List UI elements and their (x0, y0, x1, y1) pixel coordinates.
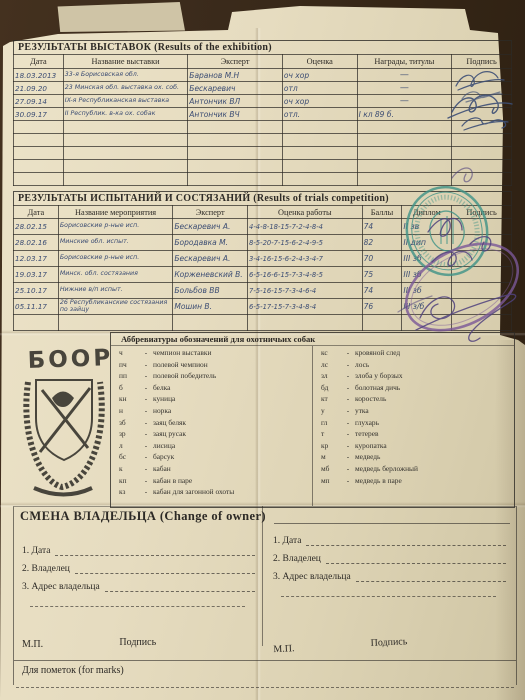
blank-fill-line (281, 582, 496, 597)
table-row: 30.09.17II Республик. в-ка ох. собакАнто… (14, 108, 512, 121)
table-cell: 33-я Борисовская обл. (63, 69, 188, 82)
exhibitions-section: РЕЗУЛЬТАТЫ ВЫСТАВОК (Results of the exhi… (13, 40, 512, 186)
abbreviation-meaning: кабан в паре (153, 475, 308, 487)
abbreviation: зр (119, 428, 139, 440)
abbreviations-left-column: ч-чемпион выставкипч-полевой чемпионпп-п… (111, 346, 313, 506)
table-cell (452, 160, 512, 173)
notes-section: Для пометок (for marks) (16, 661, 514, 688)
abbreviation-row: н-норка (119, 405, 308, 417)
owner-change-columns: 1. Дата2. Владелец3. Адрес владельца 1. … (14, 524, 516, 616)
owner-field-label: 1. Дата (22, 546, 50, 556)
abbreviation-row: мп-медведь в паре (321, 475, 510, 487)
table-cell: 23 Минская обл. выставка ох. соб. (63, 82, 188, 95)
dash: - (139, 475, 153, 487)
dash: - (139, 417, 153, 429)
abbreviation: кс (321, 347, 341, 359)
table-cell: 28.02.16 (14, 235, 59, 251)
table-cell (14, 147, 64, 160)
abbreviation: кт (321, 393, 341, 405)
blank-fill-line (105, 579, 255, 592)
abbreviation-meaning: медведь в паре (355, 475, 510, 487)
abbreviation-meaning: норка (153, 405, 308, 417)
table-cell: Баранов М.Н (188, 69, 283, 82)
trials-section: РЕЗУЛЬТАТЫ ИСПЫТАНИЙ И СОСТЯЗАНИЙ (Resul… (13, 191, 512, 331)
table-cell: 82 (362, 235, 402, 251)
dash: - (139, 428, 153, 440)
trials-table: ДатаНазвание мероприятияЭкспертОценка ра… (13, 205, 512, 331)
signature-label: Подпись (119, 637, 156, 648)
table-cell: Минск. обл. состязания (58, 267, 173, 283)
table-cell: 26 Республиканские состязания по зайцу (58, 299, 173, 315)
table-cell (248, 315, 363, 331)
owner-change-header: СМЕНА ВЛАДЕЛЬЦА (Change of owner) (14, 507, 516, 524)
abbreviations-section: Аббревиатуры обозначений для охотничьих … (110, 332, 515, 508)
table-cell (63, 160, 188, 173)
column-header: Оценка работы (248, 206, 363, 219)
abbreviation-row: зр-заяц русак (119, 428, 308, 440)
table-cell (63, 147, 188, 160)
table-cell (58, 315, 173, 331)
abbreviations-right-column: кс-кровяной следлс-лосьзл-злоба у борзых… (313, 346, 514, 506)
abbreviation: м (321, 451, 341, 463)
table-cell (14, 173, 64, 186)
table-cell: Корженевский В. (173, 267, 248, 283)
table-cell (188, 147, 283, 160)
mp-label: М.П. (273, 643, 295, 655)
table-cell: 18.03.2013 (14, 69, 64, 82)
dash: - (341, 440, 355, 452)
table-cell: Бескаревич (188, 82, 283, 95)
abbreviation: б (119, 382, 139, 394)
blank-fill-line (30, 592, 245, 607)
owner-field-line: 2. Владелец (22, 556, 255, 574)
owner-field-line: 1. Дата (22, 538, 255, 556)
table-cell (452, 69, 512, 82)
table-cell: III зб (402, 283, 452, 299)
abbreviation-meaning: медведь (355, 451, 510, 463)
abbreviation-row: лс-лось (321, 359, 510, 371)
abbreviation-row: гл-глухарь (321, 417, 510, 429)
abbreviation-row: кп-кабан в паре (119, 475, 308, 487)
dash: - (341, 428, 355, 440)
owner-field-label: 3. Адрес владельца (273, 572, 351, 582)
abbreviation: л (119, 440, 139, 452)
dash: - (139, 347, 153, 359)
table-cell: 19.03.17 (14, 267, 59, 283)
abbreviation-row: бс-барсук (119, 451, 308, 463)
dash: - (139, 486, 153, 498)
table-cell: отл. (282, 108, 357, 121)
table-cell: Бородавка М. (173, 235, 248, 251)
torn-paper-sliver (55, 2, 185, 32)
abbreviation-row: кс-кровяной след (321, 347, 510, 359)
owner-field-label: 2. Владелец (273, 554, 321, 564)
column-header: Подпись (452, 206, 512, 219)
table-row: 27.09.14IX-я Республиканская выставкаАнт… (14, 95, 512, 108)
table-cell: 74 (362, 219, 402, 235)
table-cell (452, 219, 512, 235)
table-cell (452, 121, 512, 134)
table-cell: оч хор (282, 95, 357, 108)
abbreviation-meaning: медведь берложный (355, 463, 510, 475)
table-cell (452, 251, 512, 267)
abbreviations-columns: ч-чемпион выставкипч-полевой чемпионпп-п… (111, 346, 514, 506)
table-cell: Мошин В. (173, 299, 248, 315)
dash: - (139, 393, 153, 405)
empty-table-row (14, 134, 512, 147)
abbreviation-meaning: кровяной след (355, 347, 510, 359)
column-header: Награды, титулы (357, 55, 452, 69)
abbreviations-title: Аббревиатуры обозначений для охотничьих … (111, 333, 514, 346)
dash: - (341, 417, 355, 429)
dash: - (341, 475, 355, 487)
table-cell: 4-4-8-18-15-7-2-4-8-4 (248, 219, 363, 235)
abbreviation-meaning: заяц беляк (153, 417, 308, 429)
table-cell (14, 160, 64, 173)
table-cell: III з/б (402, 299, 452, 315)
table-cell: 70 (362, 251, 402, 267)
table-row: 28.02.15Борисовские р-ные исп.Бескаревич… (14, 219, 512, 235)
abbreviation-row: л-лисица (119, 440, 308, 452)
abbreviation: т (321, 428, 341, 440)
table-cell (282, 160, 357, 173)
owner-change-section: СМЕНА ВЛАДЕЛЬЦА (Change of owner) 1. Дат… (13, 506, 517, 685)
column-header: Название выставки (63, 55, 188, 69)
abbreviation-row: м-медведь (321, 451, 510, 463)
blank-fill-line (55, 543, 255, 556)
table-cell: II зв (402, 219, 452, 235)
table-cell: III зб (402, 251, 452, 267)
photo-of-document: РЕЗУЛЬТАТЫ ВЫСТАВОК (Results of the exhi… (0, 0, 525, 700)
abbreviation-meaning: лисица (153, 440, 308, 452)
table-row: 12.03.17Борисовские р-ные исп.Бескаревич… (14, 251, 512, 267)
dash: - (139, 359, 153, 371)
table-cell (452, 82, 512, 95)
owner-field-label: 2. Владелец (22, 564, 70, 574)
table-cell (188, 160, 283, 173)
abbreviation-row: к-кабан (119, 463, 308, 475)
owner-field-line: 3. Адрес владельца (22, 574, 255, 592)
abbreviation: кз (119, 486, 139, 498)
dash: - (341, 451, 355, 463)
empty-table-row (14, 315, 512, 331)
table-cell: Антончик ВЧ (188, 108, 283, 121)
dash: - (341, 382, 355, 394)
abbreviation-meaning: чемпион выставки (153, 347, 308, 359)
dash: - (341, 405, 355, 417)
table-cell: отл (282, 82, 357, 95)
abbreviation: бс (119, 451, 139, 463)
abbreviation: мп (321, 475, 341, 487)
empty-table-row (14, 147, 512, 160)
table-cell (14, 121, 64, 134)
table-cell: Антончик ВЛ (188, 95, 283, 108)
column-header: Дата (14, 206, 59, 219)
abbreviation-meaning: кабан (153, 463, 308, 475)
table-cell: 8-5-20-7-15-6-2-4-9-5 (248, 235, 363, 251)
table-cell (452, 315, 512, 331)
table-cell: 05.11.17 (14, 299, 59, 315)
table-cell (63, 173, 188, 186)
table-cell: 25.10.17 (14, 283, 59, 299)
table-cell: 30.09.17 (14, 108, 64, 121)
exhibitions-table: ДатаНазвание выставкиЭкспертОценкаНаград… (13, 54, 512, 186)
owner-field-line: 1. Дата (273, 528, 506, 546)
abbreviation: зб (119, 417, 139, 429)
abbreviation: гл (321, 417, 341, 429)
table-cell (452, 108, 512, 121)
table-cell (173, 315, 248, 331)
table-cell (282, 147, 357, 160)
table-cell (452, 173, 512, 186)
table-cell: — (357, 95, 452, 108)
blank-fill-line (356, 569, 506, 582)
table-cell (282, 134, 357, 147)
abbreviation-meaning: полевой победитель (153, 370, 308, 382)
dash: - (341, 463, 355, 475)
notes-title: Для пометок (for marks) (22, 665, 124, 676)
table-cell: Бескаревич А. (173, 219, 248, 235)
abbreviation-row: бд-болотная дичь (321, 382, 510, 394)
empty-table-row (14, 173, 512, 186)
abbreviation-row: мб-медведь берложный (321, 463, 510, 475)
table-cell: 6-5-16-6-15-7-3-4-8-5 (248, 267, 363, 283)
owner-field-label: 1. Дата (273, 536, 301, 546)
column-header: Подпись (452, 55, 512, 69)
abbreviation-row: кн-куница (119, 393, 308, 405)
column-header: Диплом (402, 206, 452, 219)
table-cell: I кл 89 б. (357, 108, 452, 121)
blank-fill-line (306, 533, 506, 546)
abbreviation-row: зб-заяц беляк (119, 417, 308, 429)
abbreviation-row: у-утка (321, 405, 510, 417)
abbreviation-row: т-тетерев (321, 428, 510, 440)
dash: - (341, 347, 355, 359)
abbreviation: кп (119, 475, 139, 487)
table-row: 05.11.1726 Республиканские состязания по… (14, 299, 512, 315)
abbreviation: у (321, 405, 341, 417)
table-cell: 12.03.17 (14, 251, 59, 267)
owner-field-line: 2. Владелец (273, 546, 506, 564)
table-cell: 7-5-16-15-7-3-4-6-4 (248, 283, 363, 299)
table-row: 28.02.16Минские обл. испыт.Бородавка М.8… (14, 235, 512, 251)
abbreviation: н (119, 405, 139, 417)
abbreviation-row: кр-куропатка (321, 440, 510, 452)
stamp-signature-row: М.П. Подпись М.П. Подпись (14, 616, 516, 661)
abbreviation: пч (119, 359, 139, 371)
abbreviation-meaning: барсук (153, 451, 308, 463)
table-cell: оч хор (282, 69, 357, 82)
column-header: Эксперт (173, 206, 248, 219)
table-cell (188, 134, 283, 147)
table-cell: 28.02.15 (14, 219, 59, 235)
table-row: 18.03.201333-я Борисовская обл.Баранов М… (14, 69, 512, 82)
table-cell (188, 121, 283, 134)
abbreviation-meaning: глухарь (355, 417, 510, 429)
table-cell (282, 173, 357, 186)
abbreviation-meaning: болотная дичь (355, 382, 510, 394)
table-cell: 75 (362, 267, 402, 283)
table-cell (402, 315, 452, 331)
table-cell: 6-5-17-15-7-3-4-8-4 (248, 299, 363, 315)
abbreviation: кр (321, 440, 341, 452)
table-cell (188, 173, 283, 186)
dash: - (341, 393, 355, 405)
dash: - (341, 359, 355, 371)
empty-table-row (14, 121, 512, 134)
abbreviation-row: пч-полевой чемпион (119, 359, 308, 371)
column-header: Название мероприятия (58, 206, 173, 219)
owner-change-left-column: 1. Дата2. Владелец3. Адрес владельца (14, 524, 265, 616)
column-header: Дата (14, 55, 64, 69)
table-cell (452, 134, 512, 147)
abbreviation-meaning: тетерев (355, 428, 510, 440)
table-cell: Бескаревич А. (173, 251, 248, 267)
table-cell: III зб (402, 267, 452, 283)
table-cell: 74 (362, 283, 402, 299)
abbreviation-row: кз-кабан для загонной охоты (119, 486, 308, 498)
table-cell: Минские обл. испыт. (58, 235, 173, 251)
abbreviation-row: ч-чемпион выставки (119, 347, 308, 359)
abbreviation-meaning: утка (355, 405, 510, 417)
table-cell: Больбов ВВ (173, 283, 248, 299)
abbreviation-meaning: злоба у борзых (355, 370, 510, 382)
dash: - (139, 451, 153, 463)
dash: - (139, 440, 153, 452)
abbreviation-meaning: куропатка (355, 440, 510, 452)
abbreviation: кн (119, 393, 139, 405)
dash: - (139, 382, 153, 394)
abbreviation: лс (321, 359, 341, 371)
table-cell: Нижние в/п испыт. (58, 283, 173, 299)
dash: - (139, 370, 153, 382)
table-cell: — (357, 82, 452, 95)
abbreviation: мб (321, 463, 341, 475)
abbreviation-row: кт-коростель (321, 393, 510, 405)
table-cell: — (357, 69, 452, 82)
abbreviation: бд (321, 382, 341, 394)
table-cell (362, 315, 402, 331)
abbreviation-meaning: кабан для загонной охоты (153, 486, 308, 498)
abbreviation-meaning: полевой чемпион (153, 359, 308, 371)
table-cell (14, 315, 59, 331)
table-cell: 27.09.14 (14, 95, 64, 108)
abbreviation-row: б-белка (119, 382, 308, 394)
table-cell: 3-4-16-15-6-2-4-3-4-7 (248, 251, 363, 267)
signature-label: Подпись (370, 636, 407, 649)
owner-change-title: СМЕНА ВЛАДЕЛЬЦА (Change of owner) (20, 509, 266, 524)
table-cell (63, 121, 188, 134)
table-cell (452, 95, 512, 108)
abbreviation: пп (119, 370, 139, 382)
table-cell: IX-я Республиканская выставка (63, 95, 188, 108)
table-cell (357, 160, 452, 173)
column-header: Баллы (362, 206, 402, 219)
abbreviation: к (119, 463, 139, 475)
table-cell (452, 299, 512, 315)
dash: - (139, 463, 153, 475)
abbreviation-meaning: коростель (355, 393, 510, 405)
owner-field-label: 3. Адрес владельца (22, 582, 100, 592)
stamp-signature-right: М.П. Подпись (264, 611, 517, 666)
table-row: 19.03.17Минск. обл. состязанияКорженевск… (14, 267, 512, 283)
table-cell (452, 283, 512, 299)
mp-label: М.П. (22, 639, 43, 650)
abbreviation-meaning: лось (355, 359, 510, 371)
table-cell (452, 235, 512, 251)
blank-fill-line (75, 561, 255, 574)
table-cell: Борисовские р-ные исп. (58, 251, 173, 267)
header-rule (274, 510, 510, 524)
column-header: Эксперт (188, 55, 283, 69)
table-cell (357, 134, 452, 147)
dash: - (341, 370, 355, 382)
table-cell: 21.09.20 (14, 82, 64, 95)
abbreviation-meaning: куница (153, 393, 308, 405)
abbreviation: ч (119, 347, 139, 359)
table-row: 25.10.17Нижние в/п испыт.Больбов ВВ7-5-1… (14, 283, 512, 299)
table-cell (282, 121, 357, 134)
table-cell (14, 134, 64, 147)
table-cell: II Республик. в-ка ох. собак (63, 108, 188, 121)
table-cell: 76 (362, 299, 402, 315)
table-cell (357, 121, 452, 134)
exhibitions-title: РЕЗУЛЬТАТЫ ВЫСТАВОК (Results of the exhi… (13, 40, 512, 54)
trials-title: РЕЗУЛЬТАТЫ ИСПЫТАНИЙ И СОСТЯЗАНИЙ (Resul… (13, 191, 512, 205)
owner-change-right-column: 1. Дата2. Владелец3. Адрес владельца (265, 524, 516, 616)
abbreviation-row: пп-полевой победитель (119, 370, 308, 382)
table-cell (357, 173, 452, 186)
table-cell (452, 147, 512, 160)
table-cell (452, 267, 512, 283)
table-row: 21.09.2023 Минская обл. выставка ох. соб… (14, 82, 512, 95)
table-cell: II дип (402, 235, 452, 251)
abbreviation-row: зл-злоба у борзых (321, 370, 510, 382)
owner-field-line: 3. Адрес владельца (273, 564, 506, 582)
abbreviation-meaning: заяц русак (153, 428, 308, 440)
stamp-signature-left: М.П. Подпись (14, 616, 265, 660)
dash: - (139, 405, 153, 417)
blank-fill-line (326, 551, 506, 564)
column-header: Оценка (282, 55, 357, 69)
abbreviation: зл (321, 370, 341, 382)
empty-table-row (14, 160, 512, 173)
table-cell (63, 134, 188, 147)
table-cell: Борисовские р-ные исп. (58, 219, 173, 235)
abbreviation-meaning: белка (153, 382, 308, 394)
table-cell (357, 147, 452, 160)
